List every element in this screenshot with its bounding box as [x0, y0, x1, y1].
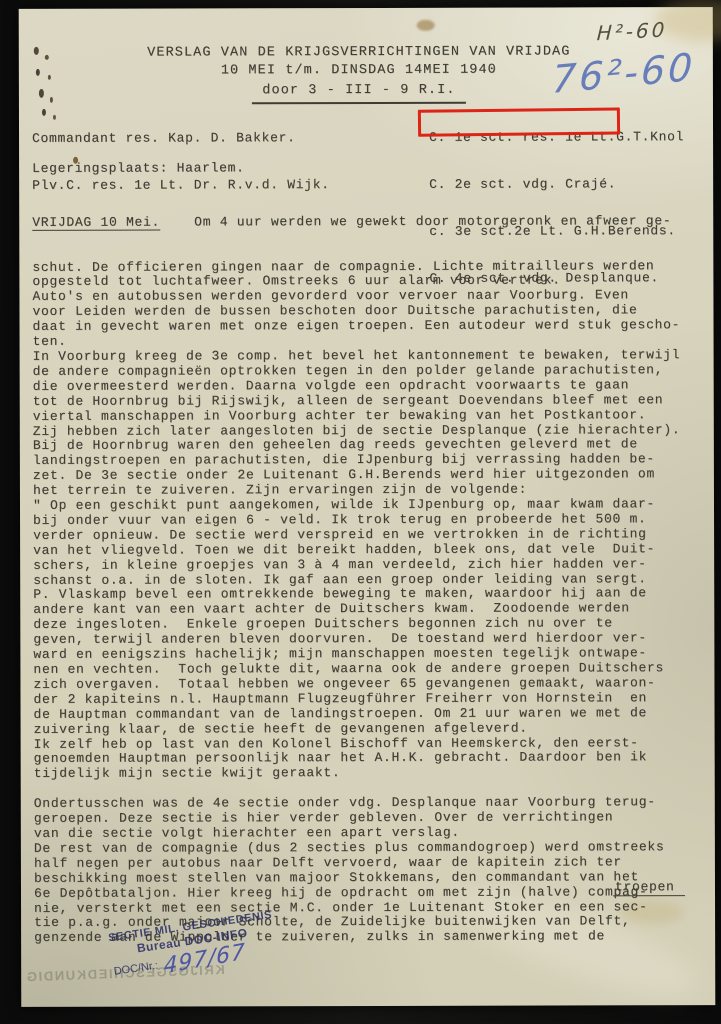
commander-line: Commandant res. Kap. D. Bakker.	[32, 130, 330, 146]
title-line-1: VERSLAG VAN DE KRIJGSVERRICHTINGEN VAN V…	[19, 43, 699, 62]
pencil-annotation: H²-60	[596, 17, 668, 45]
body-lines: schut. De officieren gingen naar de comp…	[32, 259, 710, 946]
red-highlight-box	[418, 107, 620, 136]
stamp-doc-label: DOC/Nr.:	[113, 960, 159, 978]
location-line: Legeringsplaats: Haarlem.	[32, 160, 245, 176]
catchword-troepen: troepen	[613, 879, 685, 896]
body-first-line: VRIJDAG 10 Mei. Om 4 uur werden we gewek…	[32, 214, 708, 231]
first-line-rest: Om 4 uur werden we gewekt door motorgero…	[160, 213, 671, 229]
report-body: VRIJDAG 10 Mei. Om 4 uur werden we gewek…	[32, 184, 710, 976]
day-heading: VRIJDAG 10 Mei.	[32, 214, 160, 230]
photo-of-document: { "document": { "title_line1": "VERSLAG …	[0, 0, 721, 1024]
paper-stain	[417, 20, 435, 31]
document-title: VERSLAG VAN DE KRIJGSVERRICHTINGEN VAN V…	[19, 43, 699, 104]
title-line-2: 10 MEI t/m. DINSDAG 14MEI 1940	[19, 61, 699, 80]
document-page: H²-60 76²-60 VERSLAG VAN DE KRIJGSVERRIC…	[19, 7, 716, 1007]
